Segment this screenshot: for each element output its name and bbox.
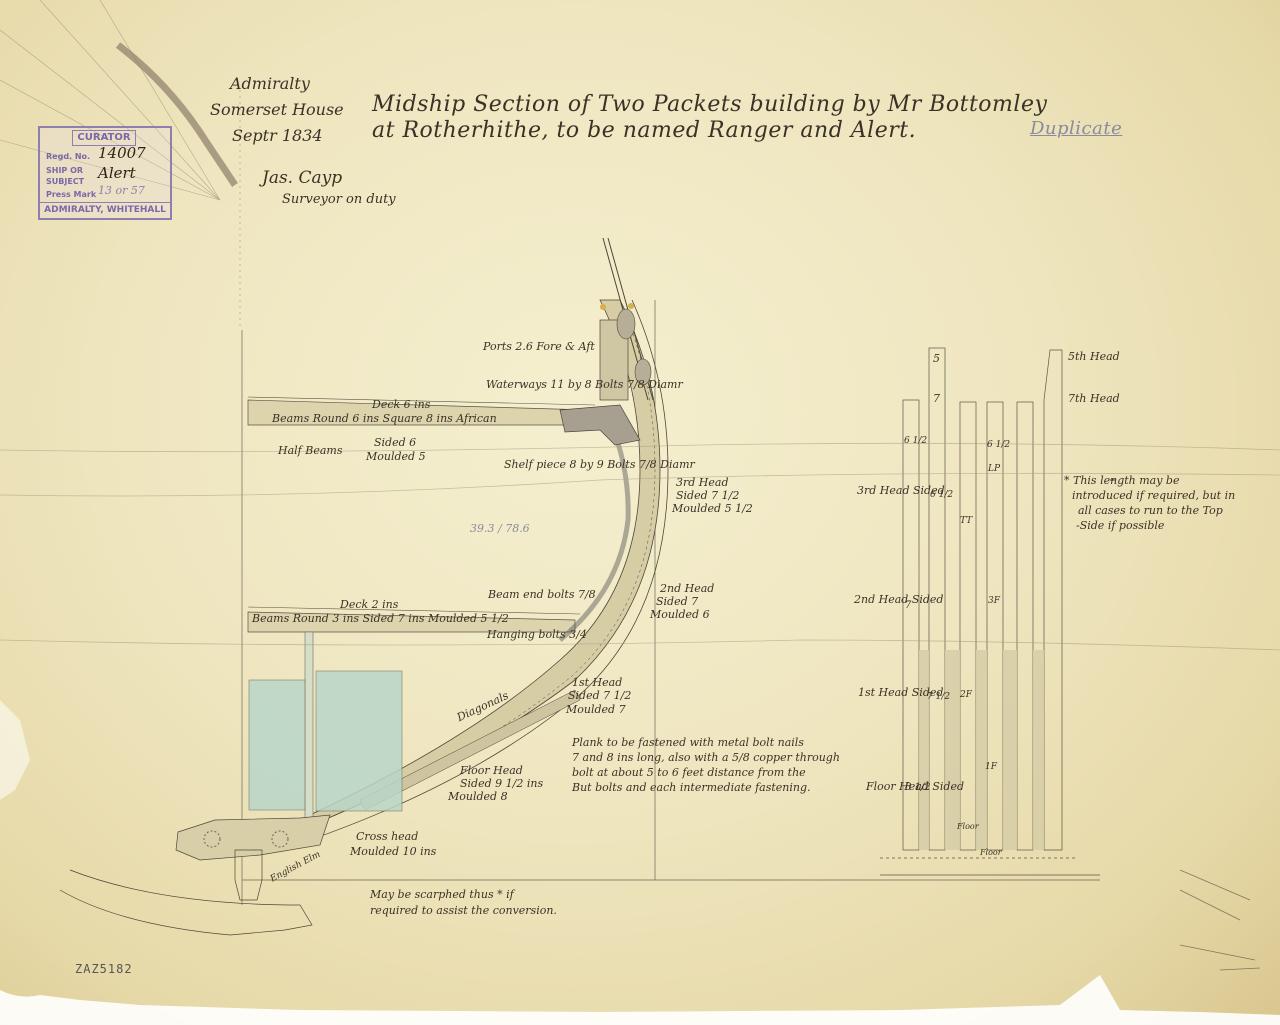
timber-val-6half-a: 6 1/2 xyxy=(904,436,927,446)
third-head-moulded: Moulded 5 1/2 xyxy=(672,502,753,515)
half-beams-sided: Sided 6 xyxy=(374,436,416,449)
plank-note-line4: But bolts and each intermediate fastenin… xyxy=(572,781,811,794)
first-head-moulded: Moulded 7 xyxy=(566,703,626,716)
timber-3f: 3F xyxy=(988,596,1000,606)
beam-end-bolts-note: Beam end bolts 7/8 xyxy=(488,588,596,601)
drawing-sheet: Midship Section of Two Packets building … xyxy=(0,0,1280,1025)
archive-reference-number: ZAZ5182 xyxy=(75,962,133,976)
plank-note-line2: 7 and 8 ins long, also with a 5/8 copper… xyxy=(572,751,840,764)
drawing-title-line2: at Rotherhithe, to be named Ranger and A… xyxy=(372,118,916,143)
cross-head-moulded: Moulded 10 ins xyxy=(350,845,436,858)
stamp-regd-value: 14007 xyxy=(98,144,146,162)
timber-seventh-head-label: 7th Head xyxy=(1068,392,1120,405)
half-beams-label: Half Beams xyxy=(278,444,342,457)
hanging-bolts-note: Hanging bolts 3/4 xyxy=(487,628,587,641)
third-head-title: 3rd Head xyxy=(676,476,729,489)
timber-note-line3: all cases to run to the Top xyxy=(1078,504,1223,517)
upper-deck-note: Deck 6 ins xyxy=(372,398,430,411)
timber-lp: LP xyxy=(988,464,1000,474)
stamp-footer: ADMIRALTY, WHITEHALL xyxy=(40,202,170,218)
drawing-title-line1: Midship Section of Two Packets building … xyxy=(372,92,1047,117)
stamp-subject-label: SUBJECT xyxy=(46,177,84,186)
second-head-sided: Sided 7 xyxy=(656,595,698,608)
plank-note-line1: Plank to be fastened with metal bolt nai… xyxy=(572,736,804,749)
stamp-regd-label: Regd. No. xyxy=(46,152,90,161)
timber-val-6half-c: 6 1/2 xyxy=(930,490,953,500)
stamp-ship-value: Alert xyxy=(98,164,136,182)
timber-val-8half: 8 1/2 xyxy=(905,782,931,793)
timber-floor-label-a: Floor xyxy=(957,822,979,831)
timber-floor-label-b: Floor xyxy=(980,848,1002,857)
timber-1f: 1F xyxy=(985,762,997,772)
scarph-note-line1: May be scarphed thus * if xyxy=(370,888,514,901)
timber-val-7: 7 xyxy=(933,392,940,405)
lower-deck-note: Deck 2 ins xyxy=(340,598,398,611)
timber-note-line4: -Side if possible xyxy=(1076,519,1164,532)
pencil-figures: 39.3 / 78.6 xyxy=(470,522,530,535)
timber-second-head-label: 2nd Head Sided xyxy=(854,593,943,606)
timber-tt: TT xyxy=(960,516,972,526)
timber-fifth-head-label: 5th Head xyxy=(1068,350,1120,363)
timber-2f: 2F xyxy=(960,690,972,700)
first-head-title: 1st Head xyxy=(572,676,622,689)
duplicate-mark: Duplicate xyxy=(1030,118,1122,139)
floor-head-moulded: Moulded 8 xyxy=(448,790,508,803)
cross-head-title: Cross head xyxy=(356,830,418,843)
stamp-ship-label: SHIP OR xyxy=(46,166,83,175)
stamp-press-mark-value: 13 or 57 xyxy=(98,184,145,197)
second-head-moulded: Moulded 6 xyxy=(650,608,710,621)
first-head-sided: Sided 7 1/2 xyxy=(568,689,631,702)
second-head-title: 2nd Head xyxy=(660,582,714,595)
office-line-somerset-house: Somerset House xyxy=(210,100,344,119)
upper-beams-note: Beams Round 6 ins Square 8 ins African xyxy=(272,412,497,425)
surveyor-signature: Jas. Cayp xyxy=(262,168,342,188)
timber-note-line1: * This length may be xyxy=(1064,474,1179,487)
waterways-note: Waterways 11 by 8 Bolts 7/8 Diamr xyxy=(486,378,683,391)
scarph-note-line2: required to assist the conversion. xyxy=(370,904,557,917)
plank-note-line3: bolt at about 5 to 6 feet distance from … xyxy=(572,766,806,779)
timber-val-6half-b: 6 1/2 xyxy=(987,440,1010,450)
surveyor-title: Surveyor on duty xyxy=(282,192,396,207)
timber-val-7b: 7 xyxy=(905,600,911,611)
curator-stamp: CURATOR Regd. No. 14007 SHIP OR SUBJECT … xyxy=(38,126,172,220)
half-beams-moulded: Moulded 5 xyxy=(366,450,426,463)
shelf-piece-note: Shelf piece 8 by 9 Bolts 7/8 Diamr xyxy=(504,458,695,471)
floor-head-title: Floor Head xyxy=(460,764,523,777)
floor-head-sided: Sided 9 1/2 ins xyxy=(460,777,543,790)
ports-note: Ports 2.6 Fore & Aft xyxy=(483,340,595,353)
office-line-date: Septr 1834 xyxy=(232,126,323,145)
timber-note-line2: introduced if required, but in xyxy=(1072,489,1235,502)
timber-val-5: 5 xyxy=(933,352,940,365)
stamp-press-mark-label: Press Mark xyxy=(46,190,96,199)
third-head-sided: Sided 7 1/2 xyxy=(676,489,739,502)
timber-val-7half: 7 1/2 xyxy=(927,692,950,702)
office-line-admiralty: Admiralty xyxy=(230,74,310,93)
lower-beams-note: Beams Round 3 ins Sided 7 ins Moulded 5 … xyxy=(252,612,509,625)
